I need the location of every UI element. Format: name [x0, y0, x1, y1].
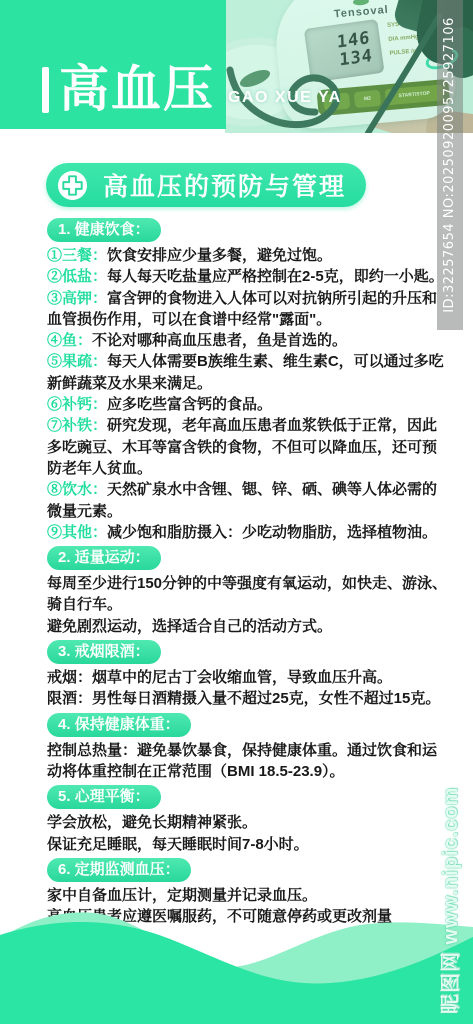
- section-badge: 1. 健康饮食：: [47, 218, 161, 242]
- watermark-nipic: 昵图网 www.nipic.com: [437, 752, 465, 1014]
- content-line: ⑨其他：减少饱和脂肪摄入：少吃动物脂肪，选择植物油。: [47, 522, 450, 543]
- section-badge: 2. 适量运动：: [47, 546, 161, 570]
- section-exercise: 2. 适量运动： 每周至少进行150分钟的中等强度有氧运动，如快走、游泳、骑自行…: [47, 546, 450, 637]
- content-line: 家中自备血压计，定期测量并记录血压。: [47, 885, 450, 906]
- green-tint-overlay: [225, 0, 473, 133]
- watermark-id-bar: ID:32257654 NO:20250920095725927106: [437, 0, 463, 330]
- content-line: 保证充足睡眠，每天睡眠时间7-8小时。: [47, 834, 450, 855]
- section-healthy-diet: 1. 健康饮食： ①三餐：饮食安排应少量多餐，避免过饱。 ②低盐：每人每天吃盐量…: [47, 218, 450, 543]
- section-healthy-weight: 4. 保持健康体重： 控制总热量：避免暴饮暴食，保持健康体重。通过饮食和运动将体…: [47, 713, 450, 783]
- content-line: ④鱼：不论对哪种高血压患者，鱼是首选的。: [47, 330, 450, 351]
- content-line: ②低盐：每人每天吃盐量应严格控制在2-5克，即约一小匙。: [47, 266, 450, 287]
- bp-monitor-photo: Tensoval 146 134 SYS mmHg DIA mmHg PULSE…: [225, 0, 473, 133]
- content-line: 学会放松，避免长期精神紧张。: [47, 812, 450, 833]
- content-line: ③高钾：富含钾的食物进入人体可以对抗钠所引起的升压和血管损伤作用，可以在食谱中经…: [47, 288, 450, 331]
- card-title-pill: 高血压的预防与管理: [46, 163, 366, 207]
- title-accent-bar: [42, 67, 49, 113]
- title-block: 高血压: [0, 0, 226, 129]
- hypertension-poster: Tensoval 146 134 SYS mmHg DIA mmHg PULSE…: [0, 0, 473, 1024]
- bottom-wave: [0, 905, 473, 1024]
- content-line: ⑦补铁：研究发现，老年高血压患者血浆铁低于正常，因此多吃豌豆、木耳等富含铁的食物…: [47, 415, 450, 479]
- section-badge: 3. 戒烟限酒：: [47, 640, 161, 664]
- watermark-nipic-text: 昵图网 www.nipic.com: [437, 752, 465, 1014]
- content-line: 戒烟：烟草中的尼古丁会收缩血管，导致血压升高。: [47, 667, 450, 688]
- poster-title: 高血压: [59, 65, 215, 113]
- content-line: ①三餐：饮食安排应少量多餐，避免过饱。: [47, 245, 450, 266]
- section-badge: 4. 保持健康体重：: [47, 713, 191, 737]
- content-line: 每周至少进行150分钟的中等强度有氧运动，如快走、游泳、骑自行车。: [47, 573, 450, 616]
- content-line: ⑥补钙：应多吃些富含钙的食品。: [47, 394, 450, 415]
- content-line: ⑧饮水：天然矿泉水中含锂、锶、锌、硒、碘等人体必需的微量元素。: [47, 479, 450, 522]
- section-mental-balance: 5. 心理平衡： 学会放松，避免长期精神紧张。 保证充足睡眠，每天睡眠时间7-8…: [47, 785, 450, 855]
- poster-title-pinyin: GAO XUE YA: [228, 89, 342, 107]
- section-badge: 6. 定期监测血压：: [47, 858, 191, 882]
- content: 1. 健康饮食： ①三餐：饮食安排应少量多餐，避免过饱。 ②低盐：每人每天吃盐量…: [47, 218, 450, 927]
- watermark-id-text: ID:32257654 NO:20250920095725927106: [437, 0, 463, 330]
- section-badge: 5. 心理平衡：: [47, 785, 161, 809]
- card-title: 高血压的预防与管理: [103, 167, 346, 203]
- content-line: 控制总热量：避免暴饮暴食，保持健康体重。通过饮食和运动将体重控制在正常范围（BM…: [47, 740, 450, 783]
- section-smoking-alcohol: 3. 戒烟限酒： 戒烟：烟草中的尼古丁会收缩血管，导致血压升高。 限酒：男性每日…: [47, 640, 450, 710]
- content-line: 避免剧烈运动，选择适合自己的活动方式。: [47, 616, 450, 637]
- content-line: 限酒：男性每日酒精摄入量不超过25克，女性不超过15克。: [47, 688, 450, 709]
- medical-cross-icon: [57, 170, 88, 201]
- content-line: ⑤果疏：每天人体需要B族维生素、维生素C，可以通过多吃新鲜蔬菜及水果来满足。: [47, 351, 450, 394]
